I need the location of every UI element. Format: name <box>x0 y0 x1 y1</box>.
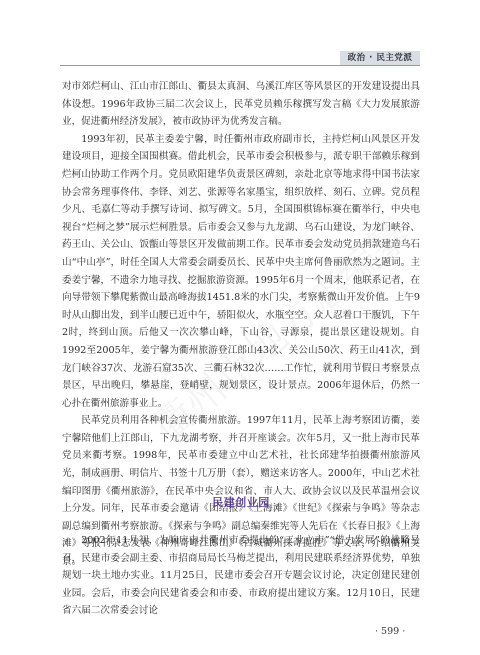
section-paragraph-1: 2002年11月初，为响应中共衢州市委提出的“工业立市”“借力发展”的战略号召，… <box>62 532 420 620</box>
section-header-tag: 政治 · 民主党派 <box>340 51 420 65</box>
section-title: 民建创业园 <box>62 494 420 510</box>
header-divider <box>60 65 420 66</box>
paragraph-2: 1993年初，民革主委姜宁馨，时任衢州市政府副市长，主持烂柯山风景区开发建设项目… <box>62 131 420 413</box>
section-text: 2002年11月初，为响应中共衢州市委提出的“工业立市”“借力发展”的战略号召，… <box>62 532 420 620</box>
paragraph-1: 对市郊烂柯山、江山市江郎山、衢县太真洞、乌溪江库区等风景区的开发建设提出具体设想… <box>62 78 420 131</box>
page-number: · 599 · <box>375 626 405 637</box>
